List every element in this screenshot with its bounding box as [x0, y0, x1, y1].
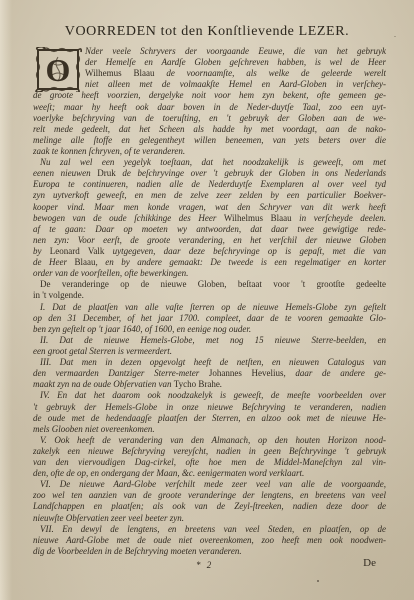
text-line: af te gaan: Daar op moeten wy antwoorden… — [33, 224, 386, 235]
page-footer: * 2 De — [33, 557, 386, 573]
text-line: de Heer Blaau, en by andere gemaakt: De … — [33, 257, 386, 268]
paragraph-1: Nder veele Schryvers der voorgaande Eeuw… — [33, 46, 386, 157]
text-line: VII. En dewyl de lengtens, en breetens v… — [33, 524, 386, 535]
text-line: II. Dat de nieuwe Hemels-Globe, met nog … — [33, 335, 386, 346]
text-line: den vermaarden Dantziger Sterre-meter Jo… — [33, 368, 386, 379]
book-page: VOORREDEN tot den Konſtlievende LEZER. O… — [0, 0, 414, 600]
text-line: zyn uytverkoft geweeſt, en men de zelve … — [33, 190, 386, 201]
text-line: niet alleen met de volmaakſte Hemel en A… — [85, 79, 386, 90]
text-line: kooper vind. Maar men konde vragen, wat … — [33, 202, 386, 213]
text-line: De veranderinge op de nieuwe Globen, beſ… — [33, 279, 386, 290]
paragraph-4: I. Dat de plaatſen van alle vaſte ſterre… — [33, 302, 386, 335]
text-line: Nder veele Schryvers der voorgaande Eeuw… — [85, 46, 386, 57]
text-line: nieuwſte Obſervatien zeer veel beeter zy… — [33, 513, 386, 524]
text-line: maakt zyn na de oude Obſervatien van Tyc… — [33, 379, 386, 390]
catchword: De — [363, 557, 376, 569]
text-line: order van de voorſtellen, ofte bewerking… — [33, 268, 386, 279]
text-line: melinge alle ſtoffe en gelegentheyt will… — [33, 135, 386, 146]
text-line: by Leonard Valk uytgegeven, daar deze be… — [33, 246, 386, 257]
text-line: nen zyn: Voor eerſt, de groote veranderi… — [33, 235, 386, 246]
text-line: voerlyke beſchryving van de toeruſting, … — [33, 113, 386, 124]
text-line: Wilhemus Blaau de voornaamſte, als welke… — [85, 68, 386, 79]
text-line: Europa te continueren, nadien alle de Ne… — [33, 179, 386, 190]
text-line: nieuwe Aard-Globe met de oude niet overe… — [33, 535, 386, 546]
text-line: 't gebruyk der Hemels-Globe in onze nieu… — [33, 402, 386, 413]
text-line: eenen nieuwen Druk de beſchryvinge over … — [33, 168, 386, 179]
text-line: in 't volgende. — [33, 290, 386, 301]
page-title: VOORREDEN tot den Konſtlievende LEZER. — [0, 24, 414, 40]
text-line: Landſchappen en plaatſen; als ook van de… — [33, 501, 386, 512]
text-line: I. Dat de plaatſen van alle vaſte ſterre… — [33, 302, 386, 313]
text-line: den, ofte de op, en ondergang der Maan, … — [33, 468, 386, 479]
paragraph-7: IV. En dat het daarom ook noodzakelyk is… — [33, 390, 386, 434]
paragraph-2: Nu zal wel een yegelyk toeſtaan, dat het… — [33, 157, 386, 279]
text-block: Nder veele Schryvers der voorgaande Eeuw… — [33, 46, 386, 557]
text-line: VI. De nieuwe Aard-Globe verſchilt mede … — [33, 479, 386, 490]
text-line: III. Dat men in dezen opgevolgt heeft de… — [33, 357, 386, 368]
text-line: bewogen van de oude ſchikkinge des Heer … — [33, 213, 386, 224]
text-line: relt mede gedeelt, dat het Scheen als ha… — [33, 124, 386, 135]
text-line: weeſt; maar hy heeft ook daar boven in d… — [33, 102, 386, 113]
paragraph-8: V. Ook heeft de verandering van den Alma… — [33, 435, 386, 479]
text-line: zakelyk een nieuwe Beſchryving vereyſcht… — [33, 446, 386, 457]
text-line: een groot getal Sterren is vermeerdert. — [33, 346, 386, 357]
text-line: V. Ook heeft de verandering van den Alma… — [33, 435, 386, 446]
text-line: mels Glooben niet overeenkomen. — [33, 424, 386, 435]
text-line: de oude met de hedendaagſe plaatſen der … — [33, 413, 386, 424]
text-line: zoo wel ten aanzien van de groote verand… — [33, 490, 386, 501]
paragraph-3: De veranderinge op de nieuwe Globen, beſ… — [33, 279, 386, 301]
text-line: ben zyn geſtelt op 't jaar 1640, of 1600… — [33, 324, 386, 335]
paragraph-6: III. Dat men in dezen opgevolgt heeft de… — [33, 357, 386, 390]
signature-mark: * 2 — [196, 560, 213, 570]
text-line: dig de Voorbeelden in de Beſchryving moe… — [33, 546, 386, 557]
paragraph-10: VII. En dewyl de lengtens, en breetens v… — [33, 524, 386, 557]
text-line: der Hemelſe en Aardſe Globen geſchreven … — [85, 57, 386, 68]
paragraph-5: II. Dat de nieuwe Hemels-Globe, met nog … — [33, 335, 386, 357]
text-line: IV. En dat het daarom ook noodzakelyk is… — [33, 390, 386, 401]
text-line: Nu zal wel een yegelyk toeſtaan, dat het… — [33, 157, 386, 168]
ink-speck — [394, 36, 396, 37]
paragraph-9: VI. De nieuwe Aard-Globe verſchilt mede … — [33, 479, 386, 523]
ink-speck — [317, 580, 319, 582]
text-line: de groote heeft voorzien, dergelyke noit… — [33, 90, 386, 101]
text-line: op den 31 December, of het jaar 1700. co… — [33, 313, 386, 324]
text-line: van den viervoudigen Dag-cirkel, ofte ho… — [33, 457, 386, 468]
text-line: zaak te konnen ſchryven, of te verandere… — [33, 146, 386, 157]
